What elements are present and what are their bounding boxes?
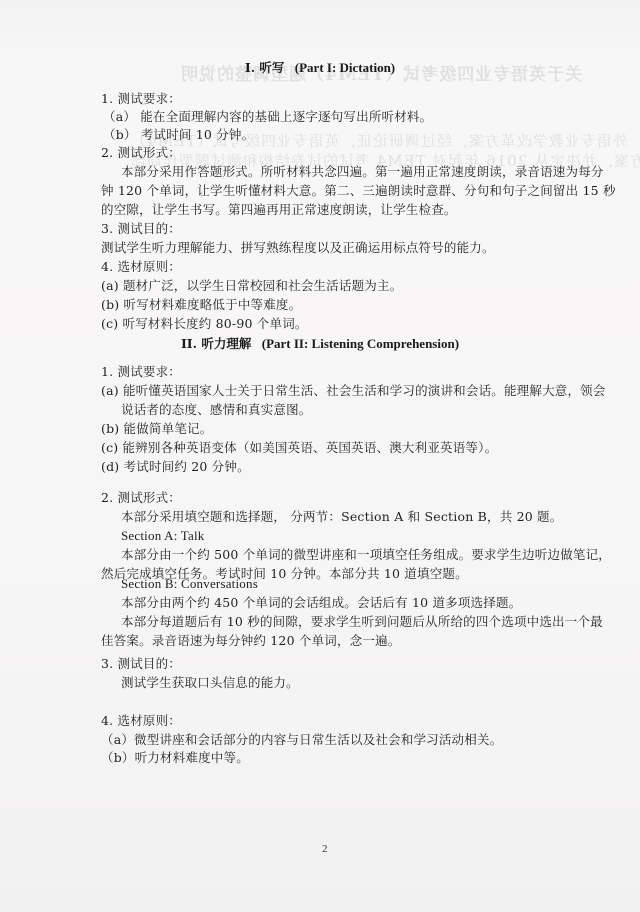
part2-heading-number: II. bbox=[181, 336, 197, 351]
part2-requirement-b: (b) 能做简单笔记。 bbox=[101, 421, 212, 437]
section-b-para: 佳答案。录音语速为每分钟约 120 个单词，念一遍。 bbox=[101, 633, 401, 649]
part2-requirement-a: (a) 能听懂英语国家人士关于日常生活、社会生活和学习的演讲和会话。能理解大意，… bbox=[101, 383, 606, 399]
part2-requirement-a-cont: 说话者的态度、感情和真实意图。 bbox=[121, 402, 312, 418]
part1-format-para: 钟 120 个单词，让学生听懂材料大意。第二、三遍朗读时意群、分句和句子之间留出… bbox=[101, 183, 616, 199]
scanned-page: 关于英语专业四级考试（TEM4）题型调整的说明 外语专业教学改革方案，经过调研论… bbox=[0, 0, 640, 912]
part2-heading: II. 听力理解 (Part II: Listening Comprehensi… bbox=[0, 334, 640, 352]
part1-material-b: (b) 听写材料难度略低于中等难度。 bbox=[101, 297, 301, 313]
part1-requirements-title: 1. 测试要求： bbox=[101, 91, 181, 107]
part2-heading-cn: 听力理解 bbox=[201, 336, 251, 351]
part1-material-title: 4. 选材原则： bbox=[101, 259, 181, 275]
part2-format-intro: 本部分采用填空题和选择题， 分两节：Section A 和 Section B，… bbox=[121, 509, 562, 525]
part2-requirements-title: 1. 测试要求： bbox=[101, 364, 181, 380]
part1-requirement-b: （b） 考试时间 10 分钟。 bbox=[103, 127, 254, 143]
part1-purpose-title: 3. 测试目的： bbox=[101, 221, 181, 237]
part1-format-title: 2. 测试形式： bbox=[101, 145, 181, 161]
part2-heading-en: (Part II: Listening Comprehension) bbox=[262, 336, 459, 351]
section-b-para: 本部分每道题后有 10 秒的间隙，要求学生听到问题后从所给的四个选项中选出一个最 bbox=[121, 614, 603, 630]
part1-material-c: (c) 听写材料长度约 80-90 个单词。 bbox=[101, 316, 308, 332]
part2-requirement-d: (d) 考试时间约 20 分钟。 bbox=[101, 459, 250, 475]
part2-material-b: （b）听力材料难度中等。 bbox=[101, 750, 249, 766]
part1-format-para: 本部分采用作答题形式。所听材料共念四遍。第一遍用正常速度朗读，录音语速为每分 bbox=[121, 164, 604, 180]
part2-material-title: 4. 选材原则： bbox=[101, 713, 181, 729]
part2-purpose-title: 3. 测试目的： bbox=[101, 656, 181, 672]
part1-heading-cn: 听写 bbox=[259, 60, 284, 75]
part1-material-a: (a) 题材广泛，以学生日常校园和社会生活话题为主。 bbox=[101, 278, 402, 294]
part1-heading-number: I. bbox=[245, 60, 255, 75]
part2-material-a: （a）微型讲座和会话部分的内容与日常生活以及社会和学习活动相关。 bbox=[101, 732, 502, 748]
part1-format-para: 的空隙，让学生书写。第四遍再用正常速度朗读，让学生检查。 bbox=[101, 202, 457, 218]
section-b-label: Section B: Conversations bbox=[121, 576, 258, 592]
part1-requirement-a: （a） 能在全面理解内容的基础上逐字逐句写出所听材料。 bbox=[103, 109, 432, 125]
part2-format-title: 2. 测试形式： bbox=[101, 490, 181, 506]
section-a-para: 本部分由一个约 500 个单词的微型讲座和一项填空任务组成。要求学生边听边做笔记… bbox=[121, 547, 611, 563]
section-b-para: 本部分由两个约 450 个单词的会话组成。会话后有 10 道多项选择题。 bbox=[121, 595, 521, 611]
part2-purpose-text: 测试学生获取口头信息的能力。 bbox=[121, 675, 299, 691]
page-number: 2 bbox=[322, 843, 328, 855]
section-a-label: Section A: Talk bbox=[121, 528, 204, 544]
part2-requirement-c: (c) 能辨别各种英语变体（如美国英语、英国英语、澳大利亚英语等）。 bbox=[101, 440, 497, 456]
part1-heading: I. 听写 (Part I: Dictation) bbox=[0, 58, 640, 76]
part1-purpose-text: 测试学生听力理解能力、拼写熟练程度以及正确运用标点符号的能力。 bbox=[101, 240, 495, 256]
part1-heading-en: (Part I: Dictation) bbox=[295, 60, 395, 75]
